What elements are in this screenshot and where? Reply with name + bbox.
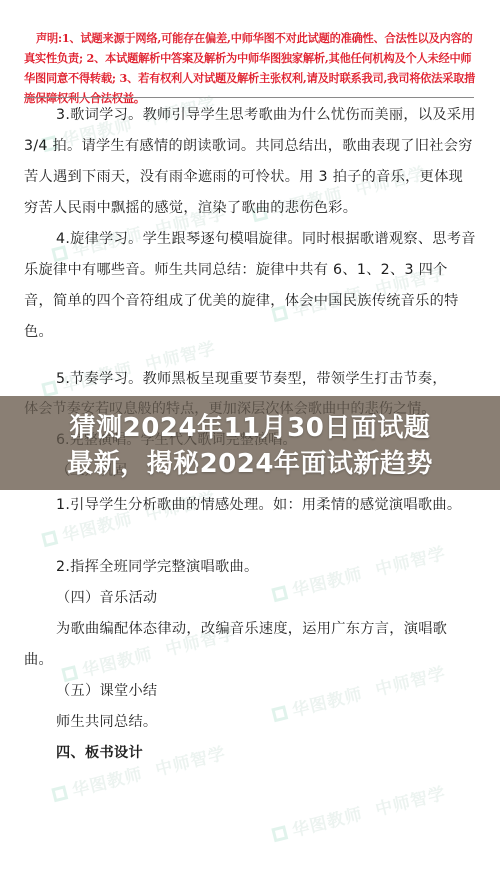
section-lyrics: 3.歌词学习。教师引导学生思考歌曲为什么忧伤而美丽，以及采用 3/4 拍。请学生… [24, 100, 476, 224]
paragraph: 5.节奏学习。教师黑板呈现重要节奏型，带领学生打击节奏， [24, 364, 476, 395]
section-activity: 为歌曲编配体态律动，改编音乐速度，运用广东方言，演唱歌曲。 [24, 614, 476, 676]
section-melody: 4.旋律学习。学生跟琴逐句模唱旋律。同时根据歌谱观察、思考音乐旋律中有哪些音。师… [24, 224, 476, 348]
title-line-1: 猜测2024年11月30日面试题 [0, 410, 500, 446]
section-guide-2: 2.指挥全班同学完整演唱歌曲。 [24, 552, 476, 583]
section-summary-heading: （五）课堂小结 [24, 676, 476, 707]
section-heading: 四、板书设计 [24, 738, 476, 769]
section-rhythm: 5.节奏学习。教师黑板呈现重要节奏型，带领学生打击节奏， [24, 364, 476, 395]
subheading: （四）音乐活动 [24, 583, 476, 614]
section-board-design: 四、板书设计 [24, 738, 476, 769]
article-title: 猜测2024年11月30日面试题 最新，揭秘2024年面试新趋势 [0, 410, 500, 482]
paragraph: 3.歌词学习。教师引导学生思考歌曲为什么忧伤而美丽，以及采用 3/4 拍。请学生… [24, 100, 476, 224]
paragraph: 1.引导学生分析歌曲的情感处理。如：用柔情的感觉演唱歌曲。 [24, 490, 476, 521]
paragraph: 4.旋律学习。学生跟琴逐句模唱旋律。同时根据歌谱观察、思考音乐旋律中有哪些音。师… [24, 224, 476, 348]
paragraph: 2.指挥全班同学完整演唱歌曲。 [24, 552, 476, 583]
title-overlay-band: 体会节奏安若叹息般的特点，更加深层次体会歌曲中的悲伤之情。 6.完整演唱。学生代… [0, 396, 500, 490]
section-summary: 师生共同总结。 [24, 707, 476, 738]
watermark: 华图教师 中师智学 [270, 779, 449, 846]
section-activity-heading: （四）音乐活动 [24, 583, 476, 614]
brand-logo-icon [51, 785, 68, 802]
subheading: （五）课堂小结 [24, 676, 476, 707]
divider-line [24, 97, 474, 98]
section-guide-1: 1.引导学生分析歌曲的情感处理。如：用柔情的感觉演唱歌曲。 [24, 490, 476, 521]
brand-logo-icon [271, 825, 288, 842]
paragraph: 为歌曲编配体态律动，改编音乐速度，运用广东方言，演唱歌曲。 [24, 614, 476, 676]
title-line-2: 最新，揭秘2024年面试新趋势 [0, 446, 500, 482]
paragraph: 师生共同总结。 [24, 707, 476, 738]
disclaimer-text: 声明:1、试题来源于网络,可能存在偏差,中师华图不对此试题的准确性、合法性以及内… [24, 28, 476, 108]
brand-logo-icon [41, 530, 58, 547]
document-page: 声明:1、试题来源于网络,可能存在偏差,中师华图不对此试题的准确性、合法性以及内… [0, 0, 500, 891]
